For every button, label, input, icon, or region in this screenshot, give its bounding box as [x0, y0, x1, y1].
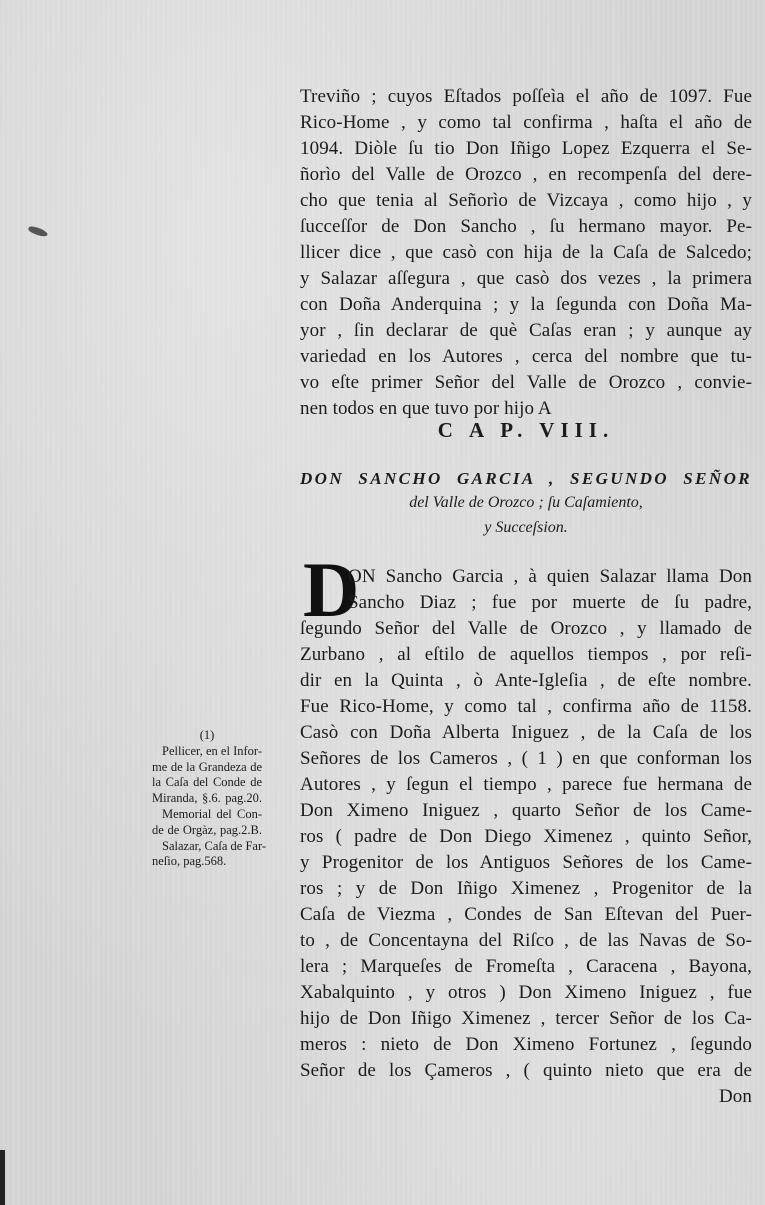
text-line: yor , ſin declarar de què Caſas eran ; y… [300, 318, 752, 344]
note-line: me de la Grandeza de [152, 760, 262, 776]
chapter-title-line-1: DON SANCHO GARCIA , SEGUNDO SEÑOR [300, 469, 752, 489]
text-line: Caſa de Viezma , Condes de San Eſtevan d… [300, 902, 752, 928]
text-line: Rico-Home , y como tal confirma , haſta … [300, 110, 752, 136]
book-page: Treviño ; cuyos Eſtados poſſeìa el año d… [0, 0, 765, 1205]
text-line: Autores , y ſegun el tiempo , parece fue… [300, 772, 752, 798]
text-line: Zurbano , al eſtilo de aquellos tiempos … [300, 642, 752, 668]
text-line: ſucceſſor de Don Sancho , ſu hermano may… [300, 214, 752, 240]
text-line: Xabalquinto , y otros ) Don Ximeno Inigu… [300, 980, 752, 1006]
text-line: Señor de los Çameros , ( quinto nieto qu… [300, 1058, 752, 1084]
text-line: Don Ximeno Iniguez , quarto Señor de los… [300, 798, 752, 824]
text-line: ñorìo del Valle de Orozco , en recompenſ… [300, 162, 752, 188]
text-line: hijo de Don Iñigo Ximenez , tercer Señor… [300, 1006, 752, 1032]
text-line: ros ; y de Don Iñigo Ximenez , Progenito… [300, 876, 752, 902]
body-text-main: ON Sancho Garcia , à quien Salazar llama… [300, 564, 752, 1110]
text-line: vo eſte primer Señor del Valle de Orozco… [300, 370, 752, 396]
text-line: llicer dice , que casò con hija de la Ca… [300, 240, 752, 266]
body-text-top: Treviño ; cuyos Eſtados poſſeìa el año d… [300, 84, 752, 422]
text-line: meros : nieto de Don Ximeno Fortunez , ſ… [300, 1032, 752, 1058]
text-line: Fue Rico-Home, y como tal , confirma año… [300, 694, 752, 720]
note-line: Salazar, Caſa de Far- [152, 839, 262, 855]
text-line: Treviño ; cuyos Eſtados poſſeìa el año d… [300, 84, 752, 110]
text-line: 1094. Diòle ſu tio Don Iñigo Lopez Ezque… [300, 136, 752, 162]
footnote-marker: (1) [152, 728, 262, 744]
text-line: ON Sancho Garcia , à quien Salazar llama… [300, 564, 752, 590]
text-line: Sancho Diaz ; fue por muerte de ſu padre… [300, 590, 752, 616]
text-line: y Progenitor de los Antiguos Señores de … [300, 850, 752, 876]
note-line: la Caſa del Conde de [152, 775, 262, 791]
note-line: de de Orgàz, pag.2.B. [152, 823, 262, 839]
chapter-heading: C A P. VIII. [300, 418, 752, 443]
text-line: cho que tenia al Señorìo de Vizcaya , co… [300, 188, 752, 214]
catchword: Don [300, 1084, 752, 1110]
text-line: con Doña Anderquina ; y la ſegunda con D… [300, 292, 752, 318]
text-line: ros ( padre de Don Diego Ximenez , quint… [300, 824, 752, 850]
text-line: dir en la Quinta , ò Ante-Igleſia , de e… [300, 668, 752, 694]
text-line: lera ; Marqueſes de Fromeſta , Caracena … [300, 954, 752, 980]
text-line: Casò con Doña Alberta Iniguez , de la Ca… [300, 720, 752, 746]
note-line: Memorial del Con- [152, 807, 262, 823]
page-edge-shadow [0, 1150, 5, 1205]
margin-note: (1) Pellicer, en el Infor- me de la Gran… [152, 728, 262, 870]
note-line: neſio, pag.568. [152, 854, 262, 870]
note-line: Miranda, §.6. pag.20. [152, 791, 262, 807]
text-line: to , de Concentayna del Riſco , de las N… [300, 928, 752, 954]
chapter-title-line-2: del Valle de Orozco ; ſu Caſamiento, [300, 494, 752, 512]
text-line: Señores de los Cameros , ( 1 ) en que co… [300, 746, 752, 772]
text-line: variedad en los Autores , cerca del nomb… [300, 344, 752, 370]
note-line: Pellicer, en el Infor- [152, 744, 262, 760]
text-line: y Salazar aſſegura , que casò dos vezes … [300, 266, 752, 292]
text-line: ſegundo Señor del Valle de Orozco , y ll… [300, 616, 752, 642]
chapter-title-line-3: y Succeſsion. [300, 519, 752, 537]
ink-smudge [27, 225, 48, 238]
